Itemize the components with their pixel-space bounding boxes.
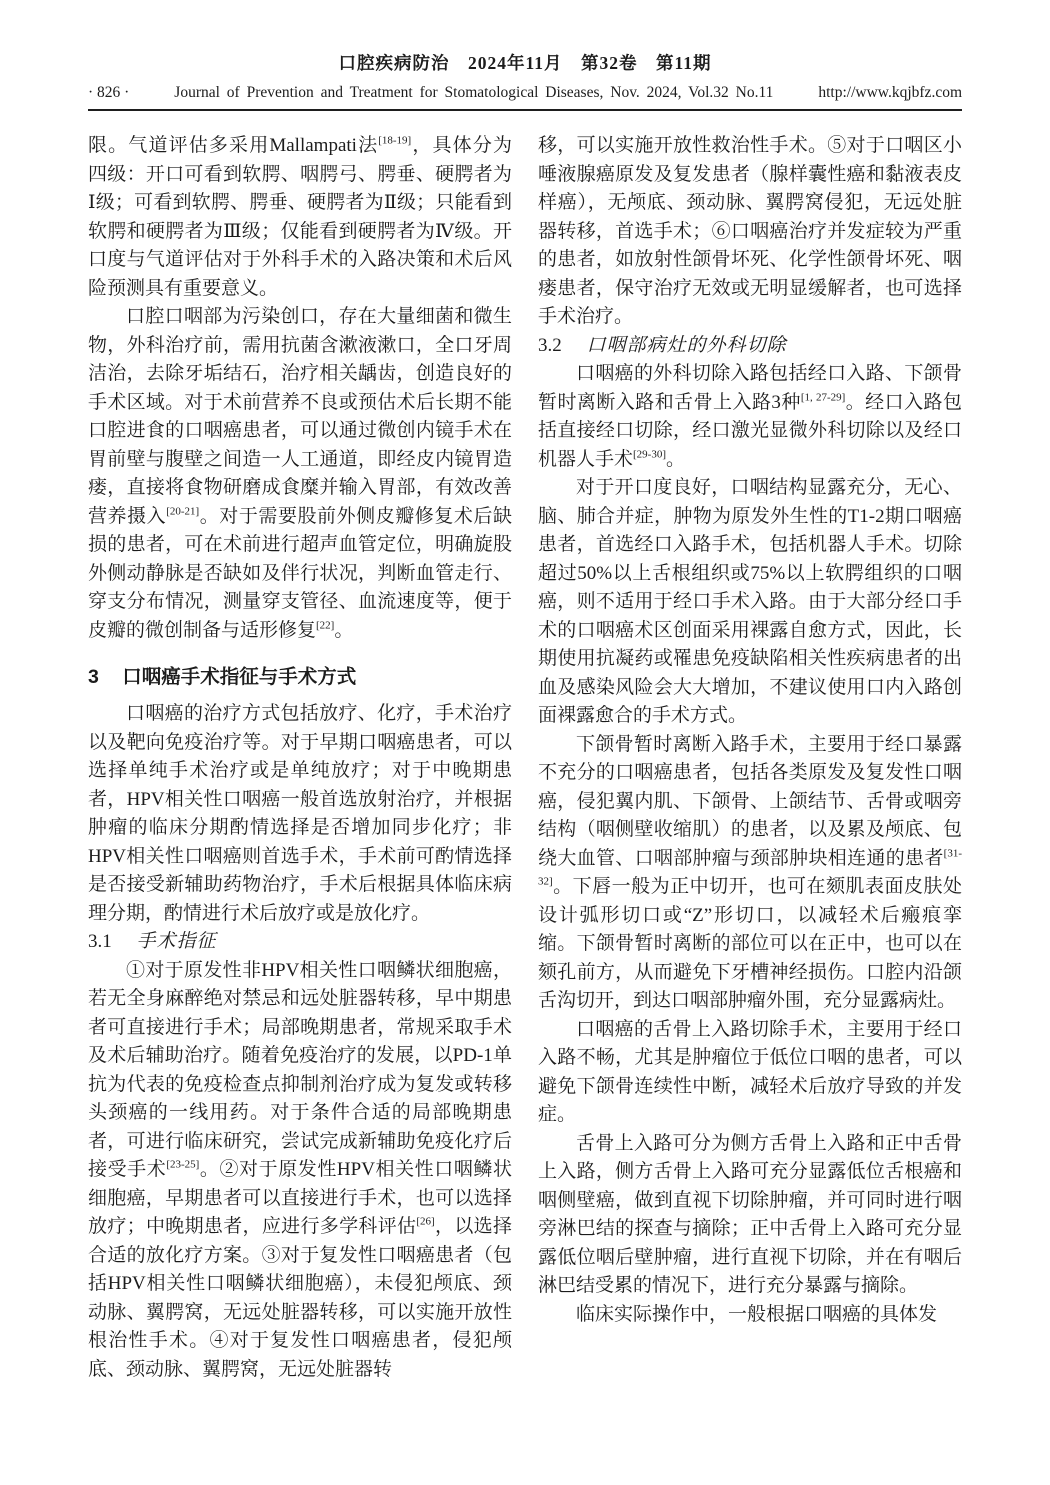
right-column: 移，可以实施开放性救治性手术。⑤对于口咽区小唾液腺癌原发及复发患者（腺样囊性癌和…	[538, 132, 962, 1384]
heading-title: 口咽癌手术指征与手术方式	[122, 666, 356, 688]
paragraph: 口腔口咽部为污染创口，存在大量细菌和微生物，外科治疗前，需用抗菌含漱液漱口，全口…	[88, 303, 512, 645]
journal-title-en: Journal of Prevention and Treatment for …	[174, 84, 773, 102]
citation-ref: [18-19]	[378, 135, 411, 147]
sub-heading: 3.1手术指征	[88, 928, 512, 957]
heading-title: 手术指征	[136, 931, 216, 952]
journal-title-cn: 口腔疾病防治 2024年11月 第32卷 第11期	[88, 50, 962, 75]
page-number: · 826 ·	[88, 84, 129, 102]
paragraph: 舌骨上入路可分为侧方舌骨上入路和正中舌骨上入路，侧方舌骨上入路可充分显露低位舌根…	[538, 1130, 962, 1301]
citation-ref: [31-32]	[538, 847, 962, 888]
paragraph: 移，可以实施开放性救治性手术。⑤对于口咽区小唾液腺癌原发及复发患者（腺样囊性癌和…	[538, 132, 962, 332]
citation-ref: [23-25]	[166, 1159, 199, 1171]
header-divider	[88, 109, 962, 111]
paragraph: 对于开口度良好，口咽结构显露充分，无心、脑、肺合并症，肿物为原发外生性的T1-2…	[538, 474, 962, 731]
journal-website: http://www.kqjbfz.com	[818, 84, 962, 102]
text-columns: 限。气道评估多采用Mallampati法[18-19]，具体分为四级：开口可看到…	[88, 132, 962, 1384]
journal-page: 口腔疾病防治 2024年11月 第32卷 第11期 · 826 · Journa…	[0, 0, 1050, 1384]
left-column: 限。气道评估多采用Mallampati法[18-19]，具体分为四级：开口可看到…	[88, 132, 512, 1384]
paragraph: 下颌骨暂时离断入路手术，主要用于经口暴露不充分的口咽癌患者，包括各类原发及复发性…	[538, 731, 962, 1016]
citation-ref: [1, 27-29]	[801, 391, 845, 403]
paragraph: 口咽癌的舌骨上入路切除手术，主要用于经口入路不畅，尤其是肿瘤位于低位口咽的患者，…	[538, 1016, 962, 1130]
sub-heading: 3.2口咽部病灶的外科切除	[538, 332, 962, 361]
heading-title: 口咽部病灶的外科切除	[586, 335, 786, 356]
paragraph: 口咽癌的治疗方式包括放疗、化疗，手术治疗以及靶向免疫治疗等。对于早期口咽癌患者，…	[88, 700, 512, 928]
section-heading: 3口咽癌手术指征与手术方式	[88, 663, 512, 691]
heading-number: 3.2	[538, 335, 562, 356]
citation-ref: [22]	[316, 619, 334, 631]
paragraph: 临床实际操作中，一般根据口咽癌的具体发	[538, 1301, 962, 1330]
paragraph: 限。气道评估多采用Mallampati法[18-19]，具体分为四级：开口可看到…	[88, 132, 512, 303]
heading-number: 3.1	[88, 931, 112, 952]
citation-ref: [20-21]	[166, 505, 199, 517]
paragraph: 口咽癌的外科切除入路包括经口入路、下颌骨暂时离断入路和舌骨上入路3种[1, 27…	[538, 360, 962, 474]
heading-number: 3	[88, 666, 99, 688]
page-header-row: · 826 · Journal of Prevention and Treatm…	[88, 84, 962, 102]
citation-ref: [26]	[416, 1216, 434, 1228]
citation-ref: [29-30]	[633, 448, 666, 460]
paragraph: ①对于原发性非HPV相关性口咽鳞状细胞癌，若无全身麻醉绝对禁忌和远处脏器转移，早…	[88, 957, 512, 1385]
